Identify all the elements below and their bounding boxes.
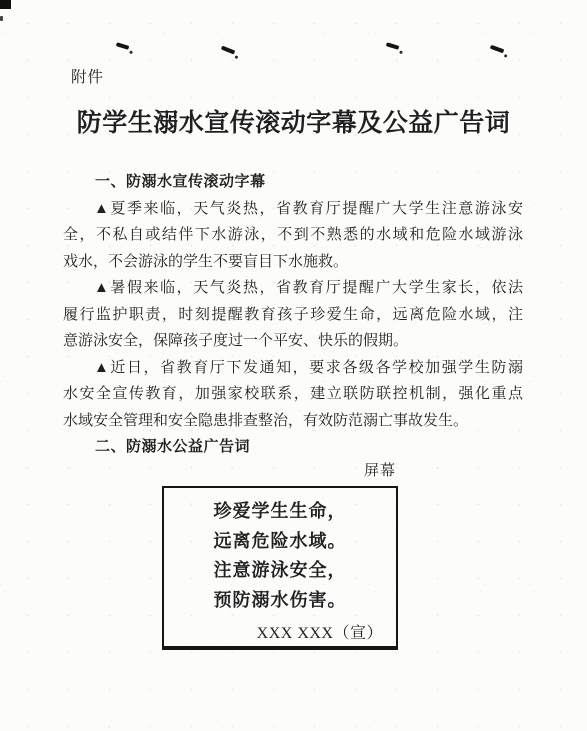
section-2-heading: 二、防溺水公益广告词 xyxy=(63,434,523,461)
screen-box-line: 珍爱学生生命， xyxy=(164,497,396,527)
paragraph-line: ▲暑假来临，天气炎热，省教育厅提醒广大学生家长，依法 xyxy=(63,275,523,302)
scan-artifact-speck xyxy=(0,16,3,21)
section-1-heading: 一、防溺水宣传滚动字幕 xyxy=(63,169,523,196)
paragraph: ▲近日，省教育厅下发通知，要求各级各学校加强学生防溺 水安全宣传教育，加强家校联… xyxy=(63,355,523,435)
document-body: 一、防溺水宣传滚动字幕 ▲夏季来临，天气炎热，省教育厅提醒广大学生注意游泳安 全… xyxy=(63,169,523,461)
screen-box-line: 远离危险水域。 xyxy=(164,527,396,557)
paragraph-line: 戏水，不会游泳的学生不要盲目下水施救。 xyxy=(63,249,523,276)
screen-box: 珍爱学生生命， 远离危险水域。 注意游泳安全， 预防溺水伤害。 XXX XXX（… xyxy=(162,486,398,650)
scan-artifact-dash xyxy=(490,45,505,54)
document-title: 防学生溺水宣传滚动字幕及公益广告词 xyxy=(0,103,587,139)
screen-box-line: 注意游泳安全， xyxy=(164,556,396,586)
paragraph-line: 履行监护职责，时刻提醒教育孩子珍爱生命，远离危险水域，注 xyxy=(63,302,523,329)
scan-artifact-dash xyxy=(221,46,235,55)
paragraph: ▲夏季来临，天气炎热，省教育厅提醒广大学生注意游泳安 全，不私自或结伴下水游泳，… xyxy=(63,196,523,276)
screen-label: 屏幕 xyxy=(364,463,396,479)
paragraph-line: 意游泳安全，保障孩子度过一个平安、快乐的假期。 xyxy=(63,328,523,355)
attachment-label: 附件 xyxy=(71,65,104,87)
scan-artifact-dash xyxy=(386,42,400,50)
scan-artifact-corner-mark xyxy=(0,0,11,9)
screen-box-signature: XXX XXX（宣） xyxy=(164,620,396,643)
paragraph-line: ▲近日，省教育厅下发通知，要求各级各学校加强学生防溺 xyxy=(63,355,523,382)
paragraph: ▲暑假来临，天气炎热，省教育厅提醒广大学生家长，依法 履行监护职责，时刻提醒教育… xyxy=(63,275,523,355)
scan-artifact-dash xyxy=(116,42,130,50)
paragraph-line: ▲夏季来临，天气炎热，省教育厅提醒广大学生注意游泳安 xyxy=(63,196,523,223)
screen-box-line: 预防溺水伤害。 xyxy=(164,586,396,616)
paragraph-line: 水安全宣传教育，加强家校联系，建立联防联控机制，强化重点 xyxy=(63,381,523,408)
paragraph-line: 水域安全管理和安全隐患排查整治，有效防范溺亡事故发生。 xyxy=(63,408,523,435)
paragraph-line: 全，不私自或结伴下水游泳，不到不熟悉的水域和危险水域游泳 xyxy=(63,222,523,249)
screen-label-row: 屏幕 xyxy=(162,459,398,480)
scanned-document-page: 附件 防学生溺水宣传滚动字幕及公益广告词 一、防溺水宣传滚动字幕 ▲夏季来临，天… xyxy=(0,0,587,731)
